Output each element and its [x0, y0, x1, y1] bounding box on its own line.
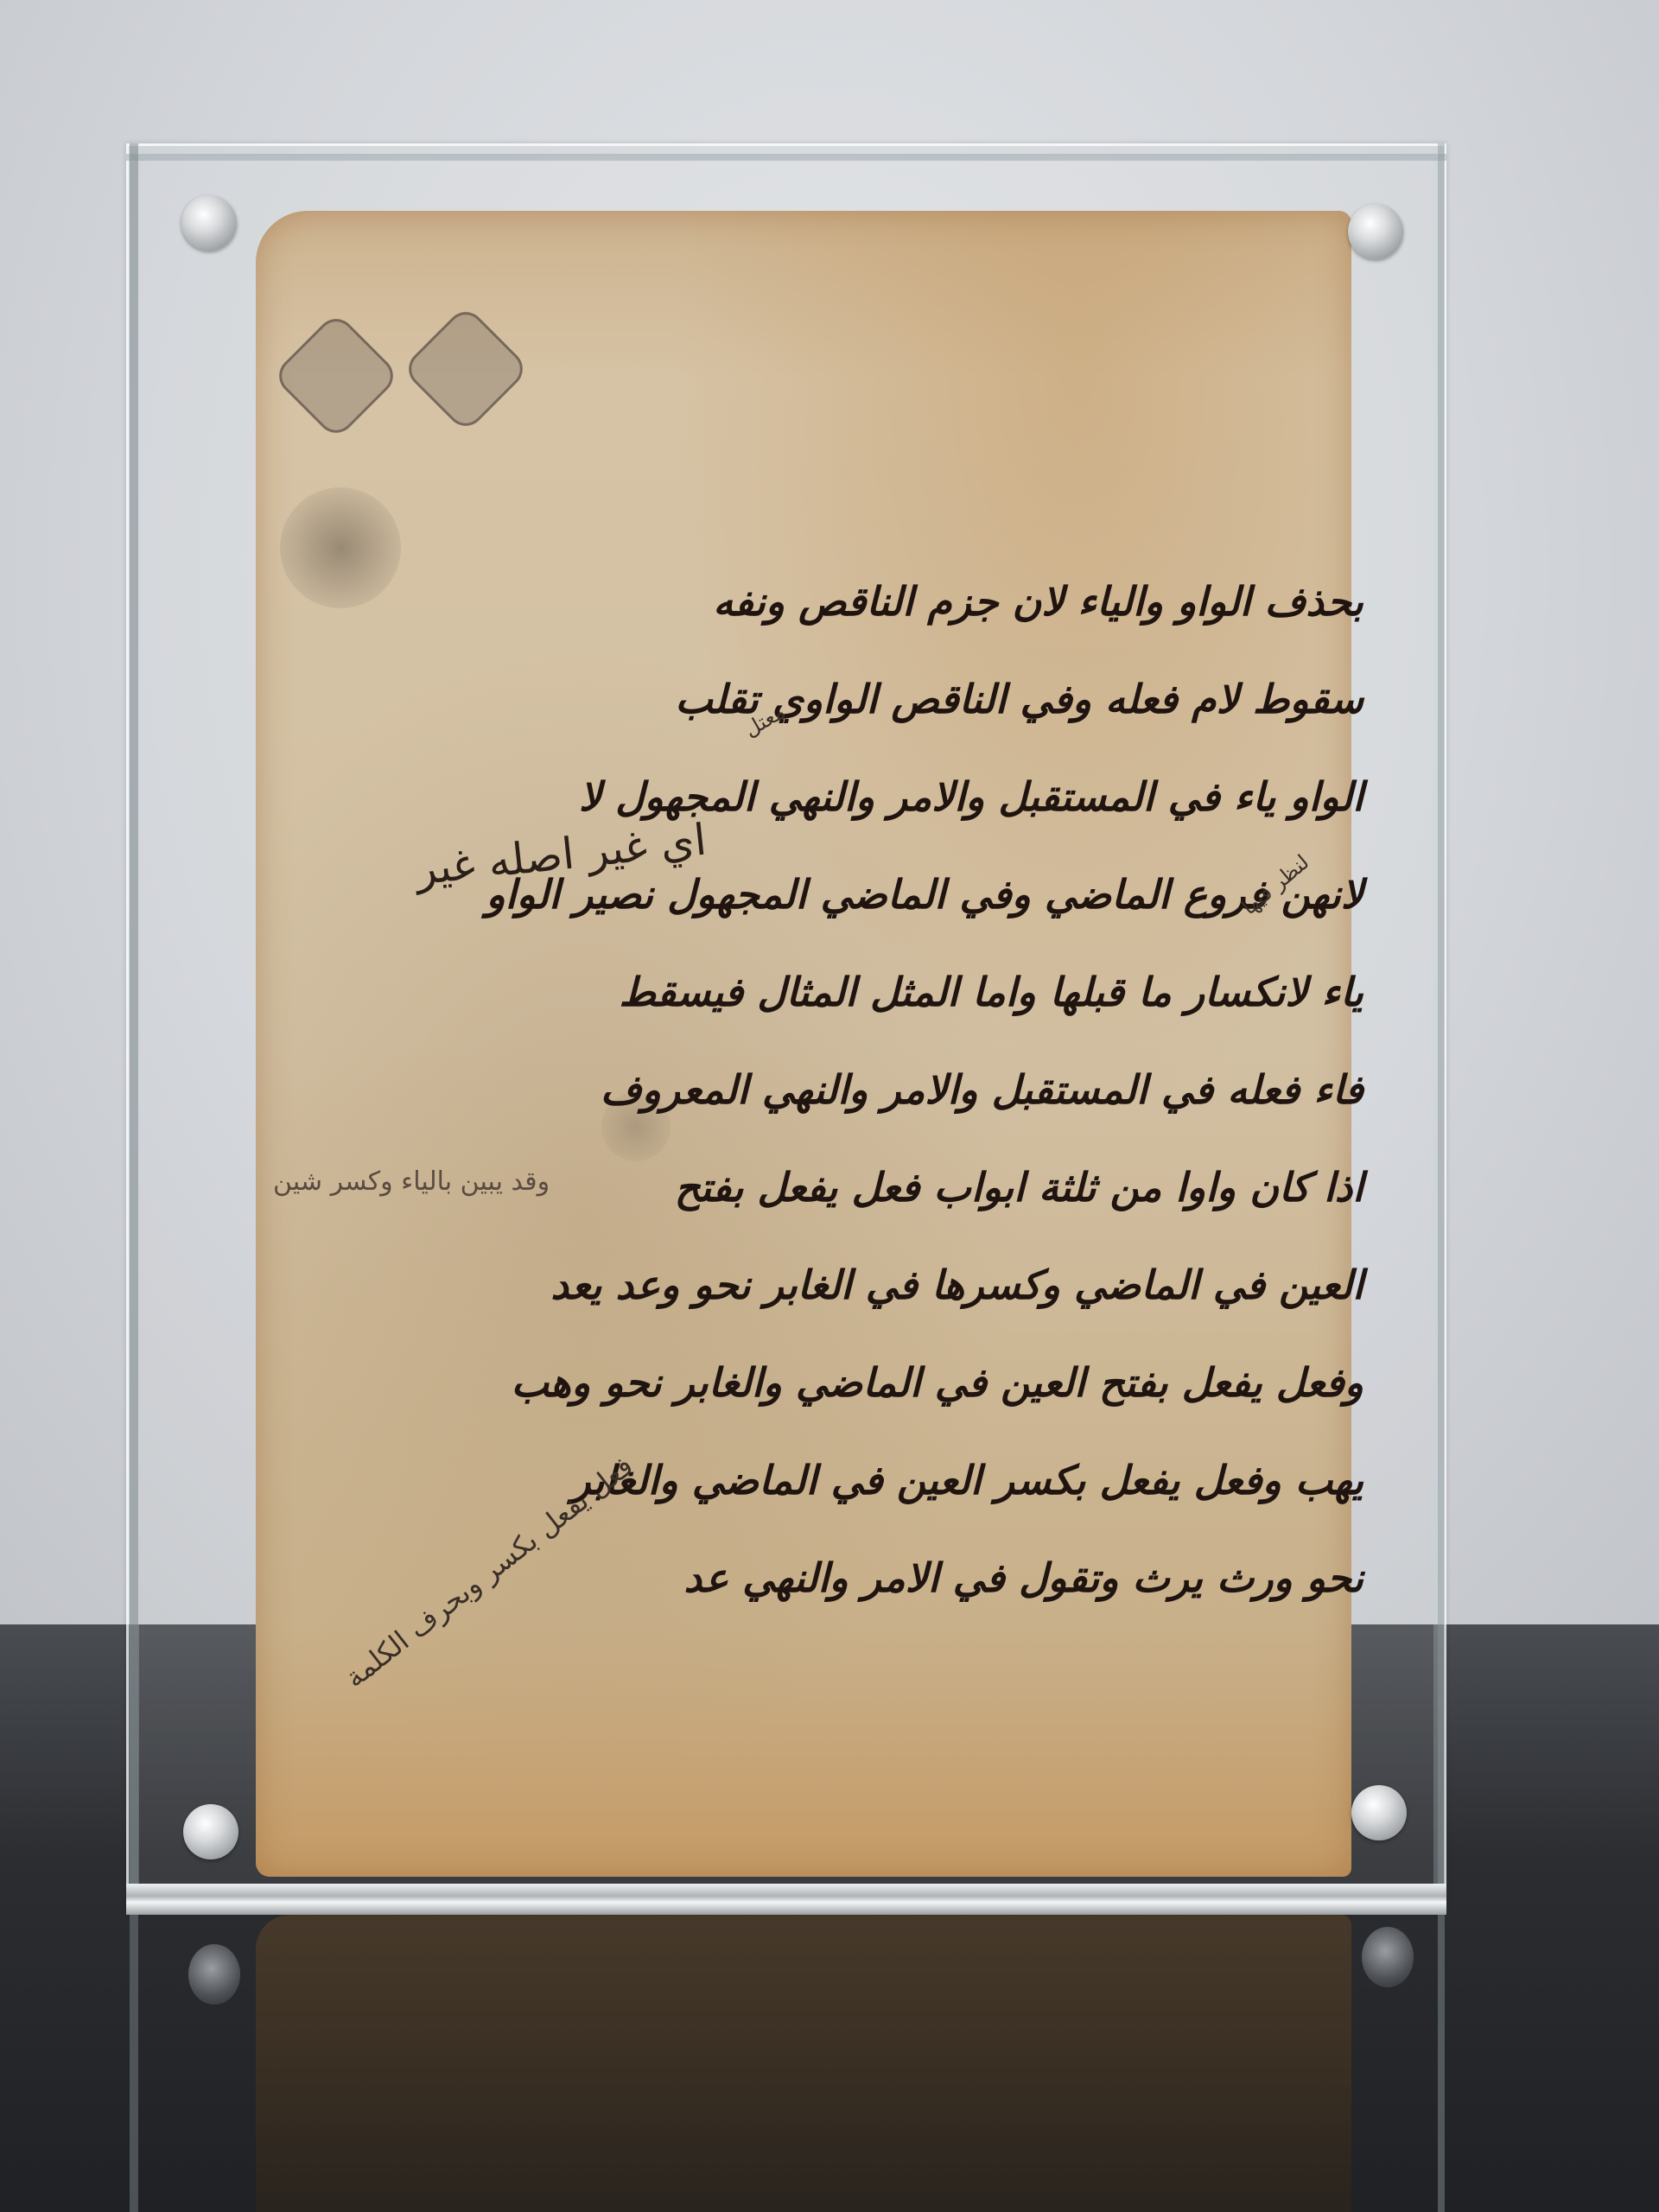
text-line: الواو ياء في المستقبل والامر والنهي المج…	[698, 748, 1363, 846]
text-line: وفعل يفعل بفتح العين في الماضي والغابر ن…	[698, 1334, 1363, 1432]
seal-stamp-icon	[401, 304, 531, 434]
frame-bottom-edge	[126, 1884, 1446, 1915]
text-line: سقوط لام فعله وفي الناقص الواوي تقلب	[698, 651, 1363, 748]
seal-stamp-icon	[271, 311, 401, 441]
text-line: يهب وفعل يفعل بكسر العين في الماضي والغا…	[698, 1432, 1363, 1529]
text-line: فاء فعله في المستقبل والامر والنهي المعر…	[698, 1041, 1363, 1139]
text-line: ياء لانكسار ما قبلها واما المثل المثال ف…	[698, 944, 1363, 1041]
manuscript-main-text: بحذف الواو والياء لان جزم الناقص ونفه سق…	[698, 553, 1363, 1627]
manuscript-reflection	[256, 1915, 1351, 2212]
text-line: نحو ورث يرث وتقول في الامر والنهي عد	[698, 1529, 1363, 1627]
text-line: اذا كان واوا من ثلثة ابواب فعل يفعل بفتح	[698, 1139, 1363, 1236]
standoff-screw-bottom-left	[183, 1804, 238, 1859]
standoff-reflection-right	[1362, 1927, 1414, 1987]
standoff-screw-bottom-right	[1351, 1785, 1407, 1840]
text-line: العين في الماضي وكسرها في الغابر نحو وعد…	[698, 1236, 1363, 1334]
standoff-reflection-left	[188, 1944, 240, 2005]
text-line: بحذف الواو والياء لان جزم الناقص ونفه	[698, 553, 1363, 651]
margin-note-left-middle: وقد يبين بالياء وكسر شين	[273, 1166, 550, 1197]
standoff-screw-top-right	[1348, 204, 1403, 259]
faded-seal-icon	[280, 487, 401, 608]
frame-top-edge	[126, 154, 1446, 161]
standoff-screw-top-left	[181, 195, 237, 251]
